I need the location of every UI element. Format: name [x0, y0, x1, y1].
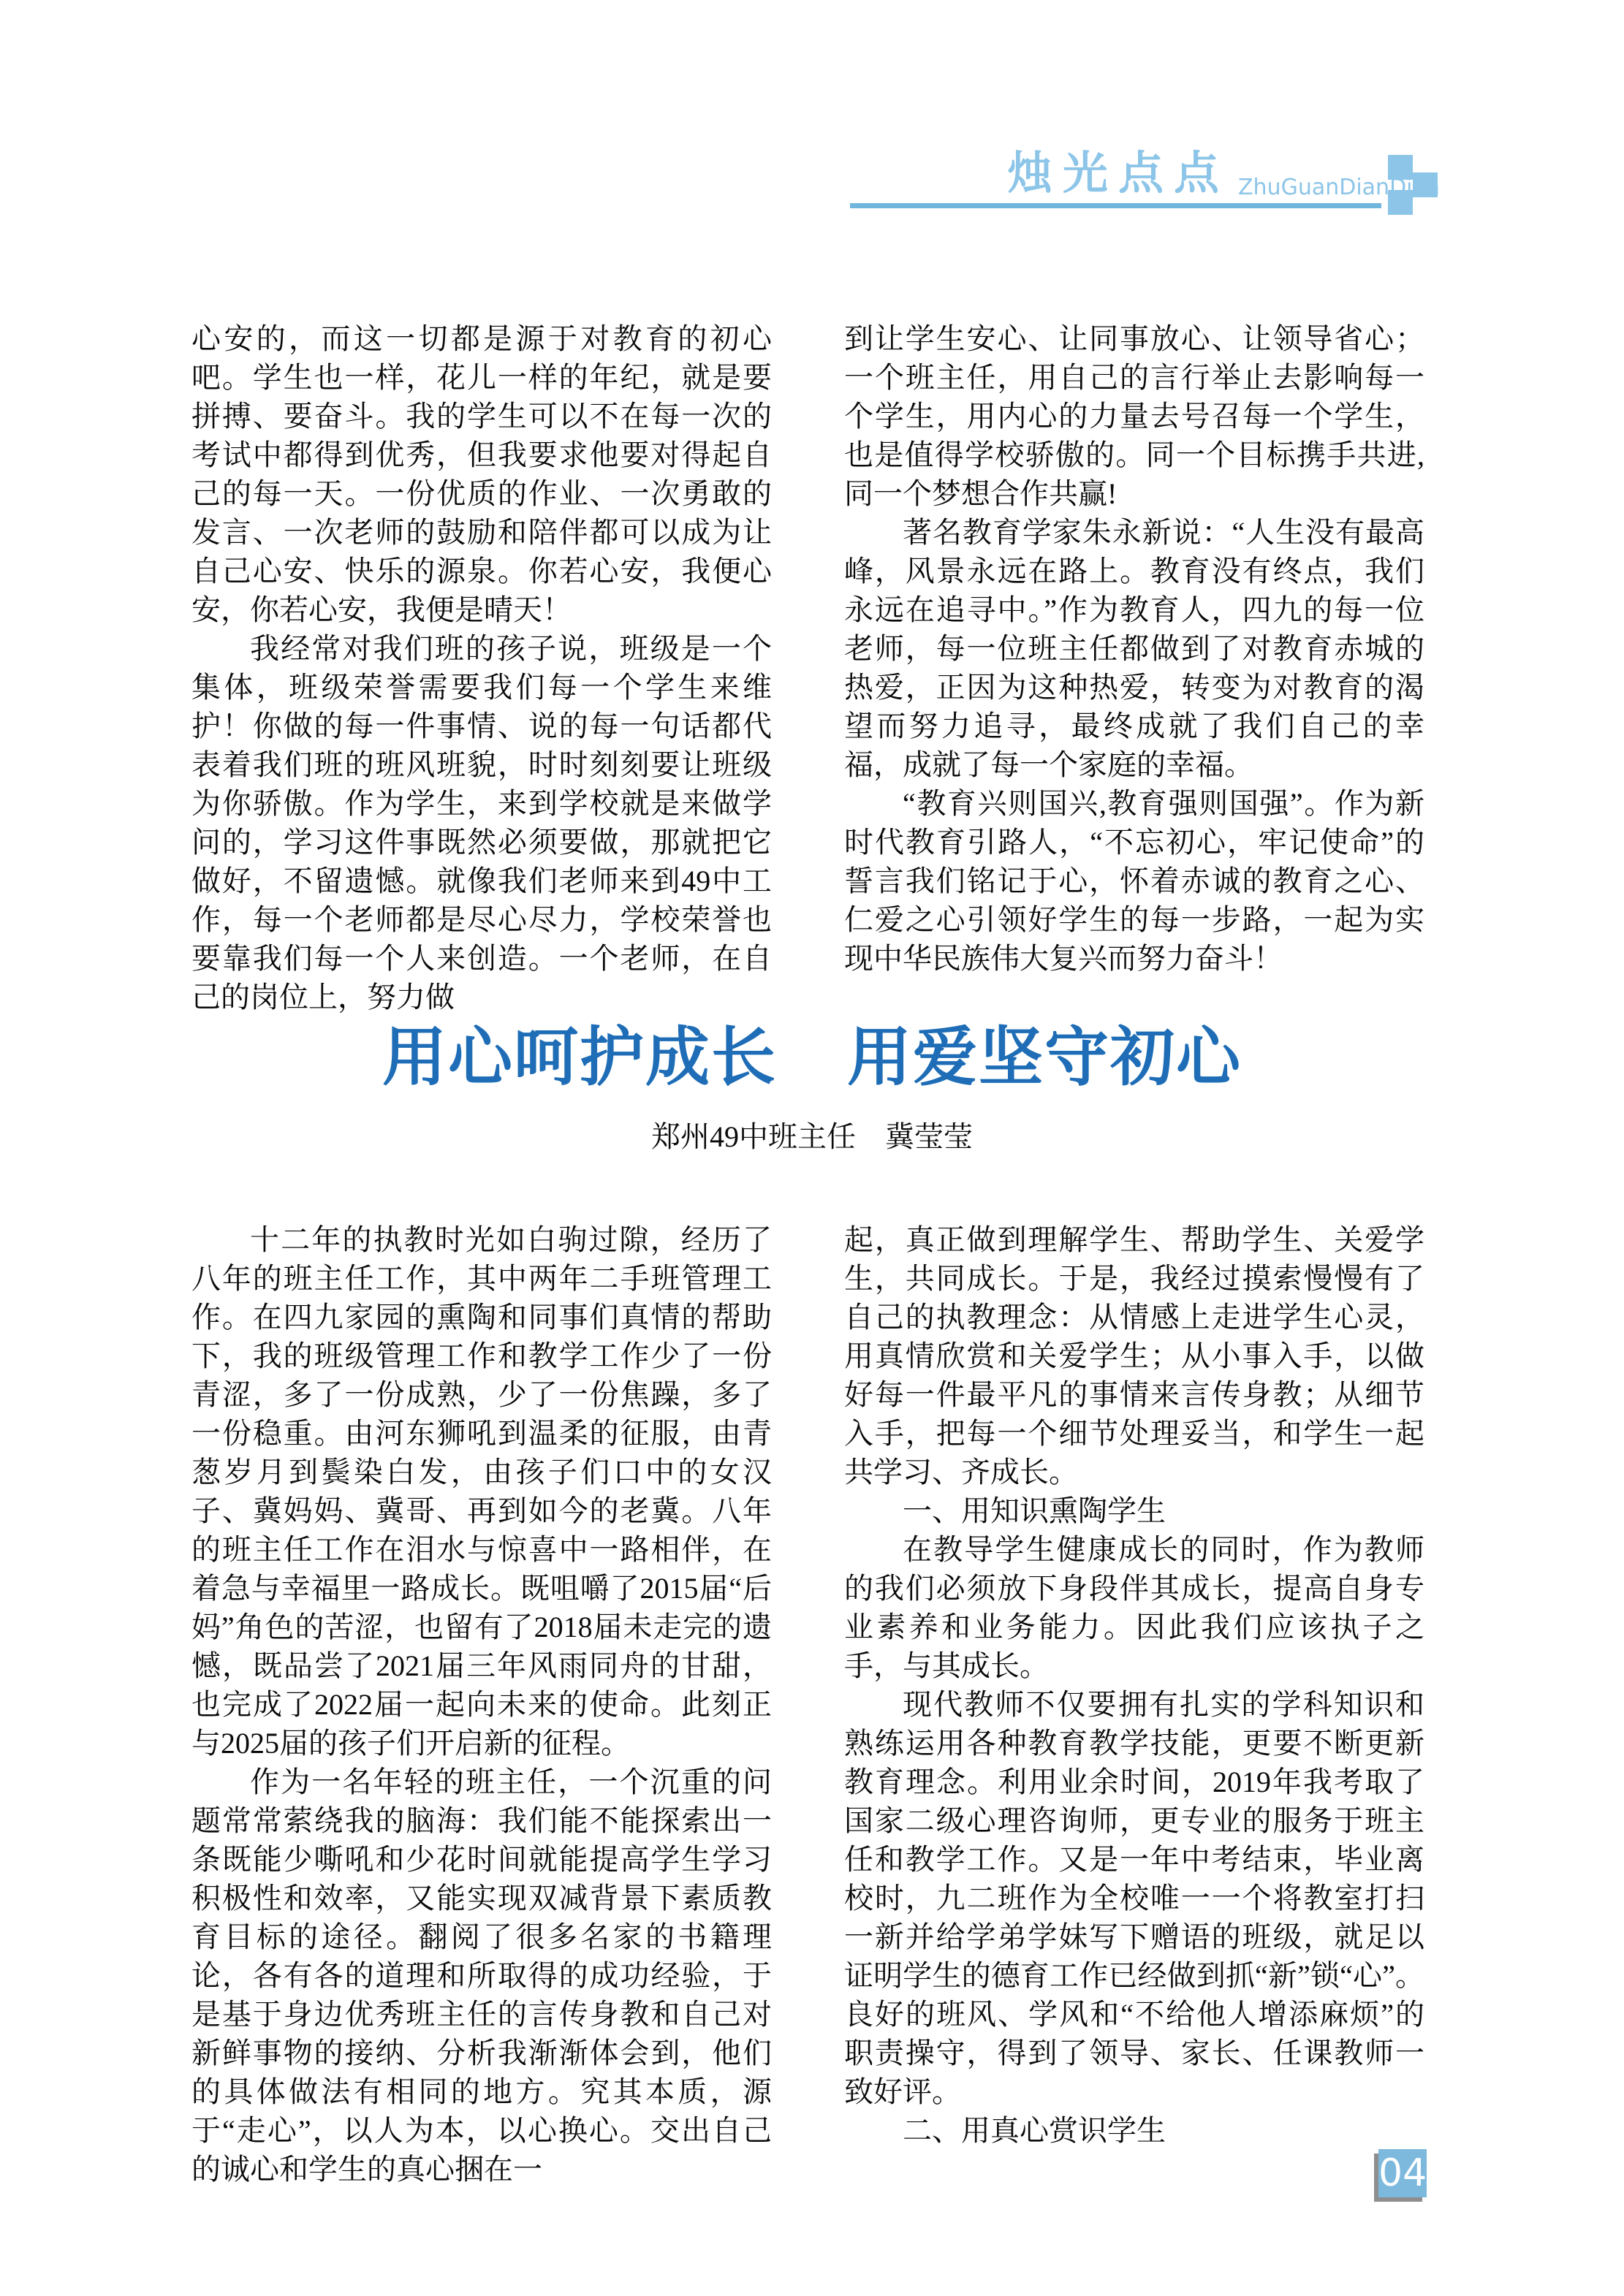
- paragraph: 著名教育学家朱永新说：“人生没有最高峰，风景永远在路上。教育没有终点，我们永远在…: [844, 513, 1424, 784]
- paragraph: 十二年的执教时光如白驹过隙，经历了八年的班主任工作，其中两年二手班管理工作。在四…: [191, 1220, 772, 1763]
- article1-right-column: 到让学生安心、让同事放心、让领导省心；一个班主任，用自己的言行举止去影响每一个学…: [844, 319, 1424, 978]
- article-byline: 郑州49中班主任 冀莹莹: [0, 1120, 1624, 1155]
- article2-left-column: 十二年的执教时光如白驹过隙，经历了八年的班主任工作，其中两年二手班管理工作。在四…: [191, 1220, 772, 2189]
- paragraph: 我经常对我们班的孩子说，班级是一个集体，班级荣誉需要我们每一个学生来维护！你做的…: [191, 629, 772, 1016]
- article-title-part1: 用心呵护成长: [382, 1023, 777, 1094]
- paragraph: 心安的，而这一切都是源于对教育的初心吧。学生也一样，花儿一样的年纪，就是要拼搏、…: [191, 319, 772, 629]
- paragraph: 到让学生安心、让同事放心、让领导省心；一个班主任，用自己的言行举止去影响每一个学…: [844, 319, 1424, 513]
- paragraph: 现代教师不仅要拥有扎实的学科知识和熟练运用各种教育教学技能，更要不断更新教育理念…: [844, 1685, 1424, 2111]
- masthead-rule: [850, 203, 1381, 208]
- article2-right-column: 起，真正做到理解学生、帮助学生、关爱学生，共同成长。于是，我经过摸索慢慢有了自己…: [844, 1220, 1424, 2150]
- masthead-deco-square-icon: [1413, 172, 1438, 197]
- masthead-deco-square-icon: [1388, 190, 1413, 215]
- paragraph: 作为一名年轻的班主任，一个沉重的问题常常萦绕我的脑海：我们能不能探索出一条既能少…: [191, 1763, 772, 2189]
- paragraph: “教育兴则国兴,教育强则国强”。作为新时代教育引路人，“不忘初心，牢记使命”的誓…: [844, 784, 1424, 978]
- article-title-part2: 用爱坚守初心: [847, 1023, 1242, 1094]
- magazine-page: 烛光点点 ZhuGuanDianDian 心安的，而这一切都是源于对教育的初心吧…: [0, 0, 1624, 2296]
- article1-left-column: 心安的，而这一切都是源于对教育的初心吧。学生也一样，花儿一样的年纪，就是要拼搏、…: [191, 319, 772, 1016]
- section-heading: 二、用真心赏识学生: [844, 2111, 1424, 2150]
- masthead-deco-square-icon: [1388, 155, 1413, 180]
- section-heading: 一、用知识熏陶学生: [844, 1491, 1424, 1530]
- masthead-title: 烛光点点: [1007, 151, 1229, 196]
- paragraph: 起，真正做到理解学生、帮助学生、关爱学生，共同成长。于是，我经过摸索慢慢有了自己…: [844, 1220, 1424, 1491]
- article-title: 用心呵护成长用爱坚守初心: [0, 1027, 1624, 1091]
- paragraph: 在教导学生健康成长的同时，作为教师的我们必须放下身段伴其成长，提高自身专业素养和…: [844, 1530, 1424, 1685]
- page-number-badge: 04: [1378, 2149, 1427, 2197]
